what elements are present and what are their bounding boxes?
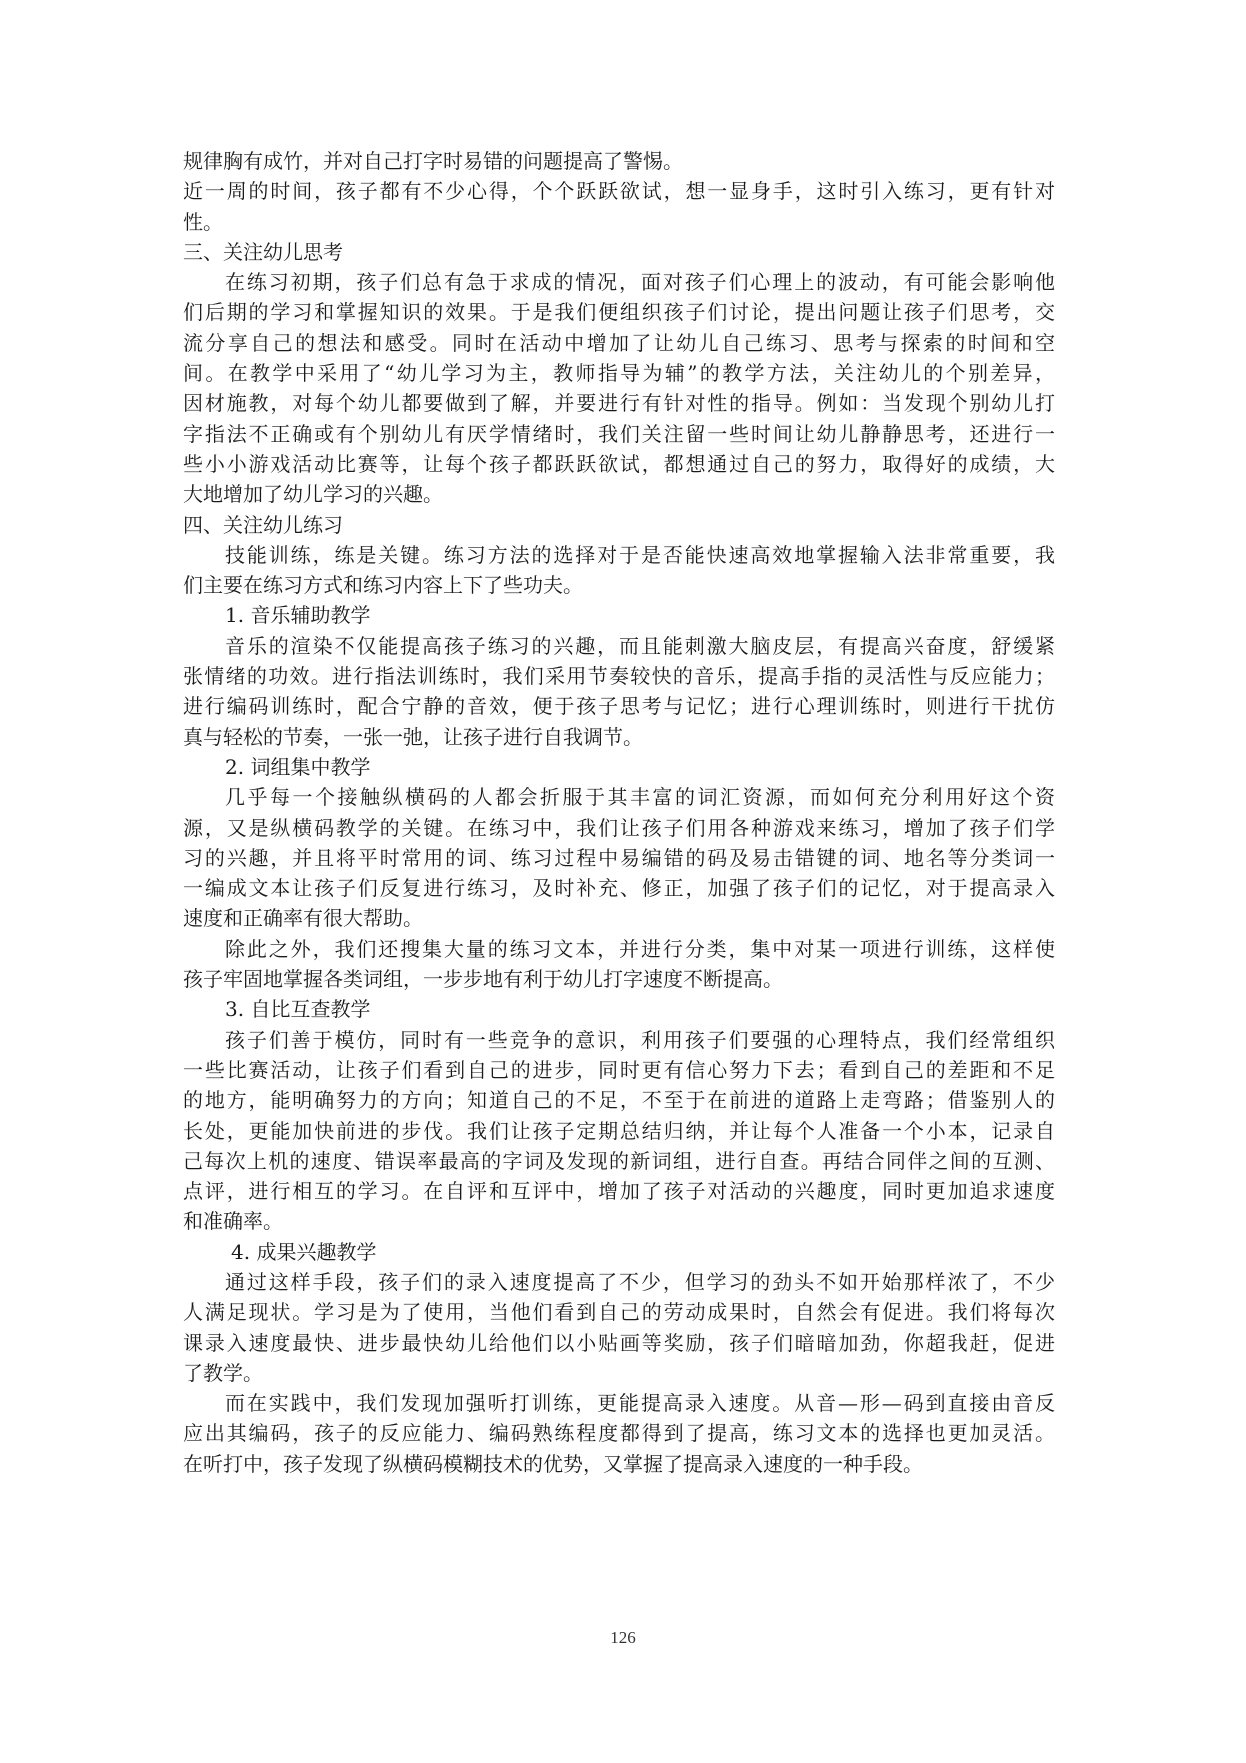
paragraph-line: 流分享自己的想法和感受。同时在活动中增加了让幼儿自己练习、思考与探索的时间和空: [183, 328, 1055, 358]
paragraph-line: 近一周的时间，孩子都有不少心得，个个跃跃欲试，想一显身手，这时引入练习，更有针对: [183, 176, 1055, 206]
paragraph-line: 应出其编码，孩子的反应能力、编码熟练程度都得到了提高，练习文本的选择也更加灵活。: [183, 1418, 1055, 1448]
paragraph-line: 们主要在练习方式和练习内容上下了些功夫。: [183, 570, 1055, 600]
page-number: 126: [0, 1628, 1246, 1648]
paragraph-line: 和准确率。: [183, 1206, 1055, 1236]
paragraph-line: 己每次上机的速度、错误率最高的字词及发现的新词组，进行自查。再结合同伴之间的互测…: [183, 1146, 1055, 1176]
paragraph-line: 音乐的渲染不仅能提高孩子练习的兴趣，而且能刺激大脑皮层，有提高兴奋度，舒缓紧: [183, 631, 1055, 661]
paragraph-line: 速度和正确率有很大帮助。: [183, 903, 1055, 933]
paragraph-line: 真与轻松的节奏，一张一弛，让孩子进行自我调节。: [183, 722, 1055, 752]
paragraph-line: 规律胸有成竹，并对自己打字时易错的问题提高了警惕。: [183, 146, 1055, 176]
paragraph-line: 习的兴趣，并且将平时常用的词、练习过程中易编错的码及易击错键的词、地名等分类词一: [183, 843, 1055, 873]
paragraph-line: 间。在教学中采用了“幼儿学习为主，教师指导为辅”的教学方法，关注幼儿的个别差异，: [183, 358, 1055, 388]
subsection-heading-3: 3. 自比互查教学: [183, 994, 1055, 1024]
paragraph-line: 的地方，能明确努力的方向；知道自己的不足，不至于在前进的道路上走弯路；借鉴别人的: [183, 1085, 1055, 1115]
paragraph-line: 张情绪的功效。进行指法训练时，我们采用节奏较快的音乐，提高手指的灵活性与反应能力…: [183, 661, 1055, 691]
paragraph-line: 源，又是纵横码教学的关键。在练习中，我们让孩子们用各种游戏来练习，增加了孩子们学: [183, 813, 1055, 843]
subsection-heading-4: 4. 成果兴趣教学: [183, 1237, 1055, 1267]
paragraph-line: 性。: [183, 207, 1055, 237]
paragraph-line: 在练习初期，孩子们总有急于求成的情况，面对孩子们心理上的波动，有可能会影响他: [183, 267, 1055, 297]
paragraph-line: 进行编码训练时，配合宁静的音效，便于孩子思考与记忆；进行心理训练时，则进行干扰仿: [183, 691, 1055, 721]
paragraph-line: 字指法不正确或有个别幼儿有厌学情绪时，我们关注留一些时间让幼儿静静思考，还进行一: [183, 419, 1055, 449]
paragraph-line: 而在实践中，我们发现加强听打训练，更能提高录入速度。从音—形—码到直接由音反: [183, 1388, 1055, 1418]
section-heading-3: 三、关注幼儿思考: [183, 237, 1055, 267]
paragraph-line: 通过这样手段，孩子们的录入速度提高了不少，但学习的劲头不如开始那样浓了，不少: [183, 1267, 1055, 1297]
paragraph-line: 课录入速度最快、进步最快幼儿给他们以小贴画等奖励，孩子们暗暗加劲，你超我赶，促进: [183, 1328, 1055, 1358]
paragraph-line: 点评，进行相互的学习。在自评和互评中，增加了孩子对活动的兴趣度，同时更加追求速度: [183, 1176, 1055, 1206]
paragraph-line: 因材施教，对每个幼儿都要做到了解，并要进行有针对性的指导。例如：当发现个别幼儿打: [183, 388, 1055, 418]
paragraph-line: 几乎每一个接触纵横码的人都会折服于其丰富的词汇资源，而如何充分利用好这个资: [183, 782, 1055, 812]
paragraph-line: 一些比赛活动，让孩子们看到自己的进步，同时更有信心努力下去；看到自己的差距和不足: [183, 1055, 1055, 1085]
document-page: 规律胸有成竹，并对自己打字时易错的问题提高了警惕。 近一周的时间，孩子都有不少心…: [0, 0, 1246, 1763]
body-text: 规律胸有成竹，并对自己打字时易错的问题提高了警惕。 近一周的时间，孩子都有不少心…: [183, 146, 1055, 1479]
subsection-heading-2: 2. 词组集中教学: [183, 752, 1055, 782]
paragraph-line: 人满足现状。学习是为了使用，当他们看到自己的劳动成果时，自然会有促进。我们将每次: [183, 1297, 1055, 1327]
paragraph-line: 一编成文本让孩子们反复进行练习，及时补充、修正，加强了孩子们的记忆，对于提高录入: [183, 873, 1055, 903]
paragraph-line: 大地增加了幼儿学习的兴趣。: [183, 479, 1055, 509]
paragraph-line: 孩子牢固地掌握各类词组，一步步地有利于幼儿打字速度不断提高。: [183, 964, 1055, 994]
paragraph-line: 了教学。: [183, 1358, 1055, 1388]
paragraph-line: 些小小游戏活动比赛等，让每个孩子都跃跃欲试，都想通过自己的努力，取得好的成绩，大: [183, 449, 1055, 479]
paragraph-line: 技能训练，练是关键。练习方法的选择对于是否能快速高效地掌握输入法非常重要，我: [183, 540, 1055, 570]
paragraph-line: 长处，更能加快前进的步伐。我们让孩子定期总结归纳，并让每个人准备一个小本，记录自: [183, 1116, 1055, 1146]
paragraph-line: 除此之外，我们还搜集大量的练习文本，并进行分类，集中对某一项进行训练，这样使: [183, 934, 1055, 964]
paragraph-line: 在听打中，孩子发现了纵横码模糊技术的优势，又掌握了提高录入速度的一种手段。: [183, 1449, 1055, 1479]
paragraph-line: 孩子们善于模仿，同时有一些竞争的意识，利用孩子们要强的心理特点，我们经常组织: [183, 1025, 1055, 1055]
section-heading-4: 四、关注幼儿练习: [183, 510, 1055, 540]
subsection-heading-1: 1. 音乐辅助教学: [183, 600, 1055, 630]
paragraph-line: 们后期的学习和掌握知识的效果。于是我们便组织孩子们讨论，提出问题让孩子们思考，交: [183, 297, 1055, 327]
